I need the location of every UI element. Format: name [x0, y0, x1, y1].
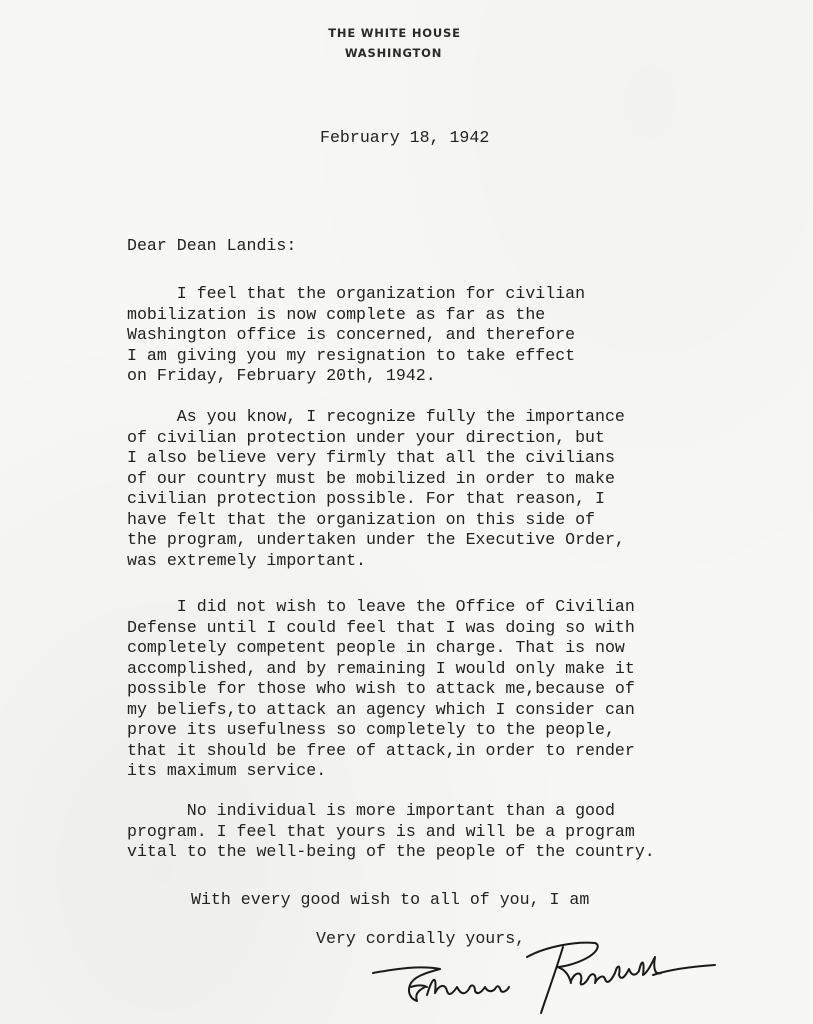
paragraph-civilian-protection: As you know, I recognize fully the impor…: [127, 407, 625, 571]
paragraph-line: As you know, I recognize fully the impor…: [127, 407, 625, 428]
paragraph-line: Washington office is concerned, and ther…: [127, 325, 585, 346]
paragraph-line: have felt that the organization on this …: [127, 510, 625, 531]
paragraph-line: No individual is more important than a g…: [127, 801, 655, 822]
paragraph-line: its maximum service.: [127, 761, 635, 782]
paragraph-line: Defense until I could feel that I was do…: [127, 618, 635, 639]
paragraph-line: possible for those who wish to attack me…: [127, 679, 635, 700]
paragraph-line: my beliefs,to attack an agency which I c…: [127, 700, 635, 721]
handwritten-signature: [365, 935, 725, 1015]
paragraph-line: the program, undertaken under the Execut…: [127, 530, 625, 551]
letter-page: THE WHITE HOUSE WASHINGTON February 18, …: [0, 0, 813, 1024]
letterhead-location: WASHINGTON: [0, 46, 800, 60]
paragraph-line: accomplished, and by remaining I would o…: [127, 659, 635, 680]
paragraph-good-program: No individual is more important than a g…: [127, 801, 655, 863]
paragraph-line: of our country must be mobilized in orde…: [127, 469, 625, 490]
paragraph-line: vital to the well-being of the people of…: [127, 842, 655, 863]
paragraph-resignation: I feel that the organization for civilia…: [127, 284, 585, 387]
paragraph-line: I also believe very firmly that all the …: [127, 448, 625, 469]
letterhead-title: THE WHITE HOUSE: [0, 26, 801, 40]
paragraph-leaving-office: I did not wish to leave the Office of Ci…: [127, 597, 635, 782]
paragraph-line: that it should be free of attack,in orde…: [127, 741, 635, 762]
paragraph-line: I am giving you my resignation to take e…: [127, 346, 585, 367]
paragraph-line: program. I feel that yours is and will b…: [127, 822, 655, 843]
paragraph-line: prove its usefulness so completely to th…: [127, 720, 635, 741]
closing-wish: With every good wish to all of you, I am: [191, 890, 589, 909]
paragraph-line: civilian protection possible. For that r…: [127, 489, 625, 510]
paragraph-line: I did not wish to leave the Office of Ci…: [127, 597, 635, 618]
salutation: Dear Dean Landis:: [127, 236, 296, 255]
letter-date: February 18, 1942: [320, 128, 489, 147]
paragraph-line: was extremely important.: [127, 551, 625, 572]
paragraph-line: of civilian protection under your direct…: [127, 428, 625, 449]
paragraph-line: mobilization is now complete as far as t…: [127, 305, 585, 326]
paragraph-line: on Friday, February 20th, 1942.: [127, 366, 585, 387]
paragraph-line: I feel that the organization for civilia…: [127, 284, 585, 305]
paragraph-line: completely competent people in charge. T…: [127, 638, 635, 659]
